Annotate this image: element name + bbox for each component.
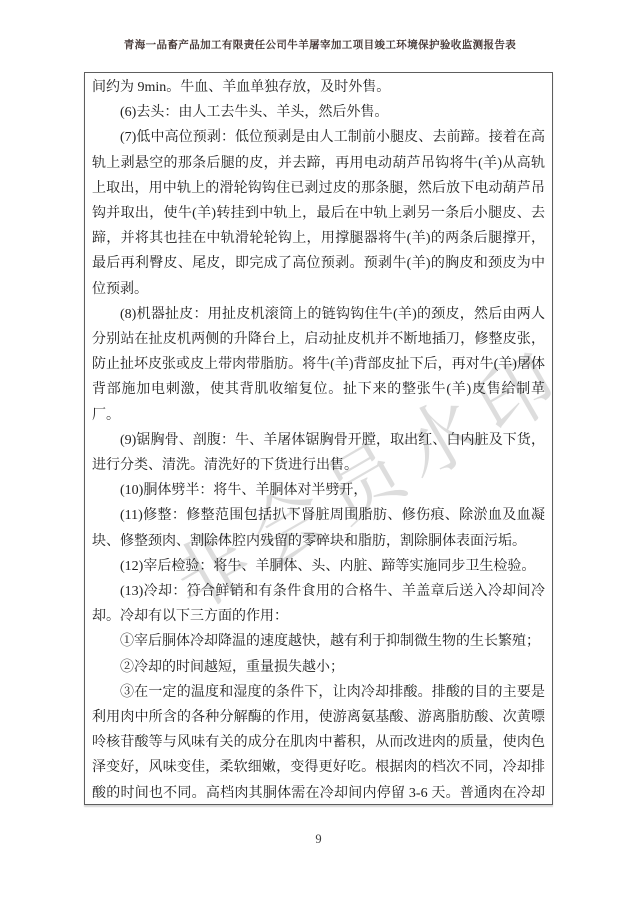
paragraph: (9)锯胸骨、剖腹：牛、羊屠体锯胸骨开膛，取出红、白内脏及下货，进行分类、清洗。… (92, 428, 545, 478)
document-page: { "page": { "header_title": "青海一品畜产品加工有限… (0, 0, 640, 905)
paragraph: (6)去头：由人工去牛头、羊头，然后外售。 (92, 100, 545, 125)
paragraph: ③在一定的温度和湿度的条件下，让肉冷却排酸。排酸的目的主要是利用肉中所含的各种分… (92, 680, 545, 805)
paragraph: (13)冷却：符合鲜销和有条件食用的合格牛、羊盖章后送入冷却间冷却。冷却有以下三… (92, 579, 545, 629)
document-content-box: 间约为 9min。牛血、羊血单独存放，及时外售。(6)去头：由人工去牛头、羊头，… (84, 72, 553, 805)
paragraph: (12)宰后检验：将牛、羊胴体、头、内脏、蹄等实施同步卫生检验。 (92, 554, 545, 579)
page-number: 9 (84, 832, 553, 847)
paragraph: (8)机器扯皮：用扯皮机滚筒上的链钩钩住牛(羊)的颈皮，然后由两人分别站在扯皮机… (92, 302, 545, 428)
paragraph: 间约为 9min。牛血、羊血单独存放，及时外售。 (92, 75, 545, 100)
paragraph: ①宰后胴体冷却降温的速度越快，越有利于抑制微生物的生长繁殖； (92, 629, 545, 654)
paragraph: (10)胴体劈半：将牛、羊胴体对半劈开， (92, 478, 545, 503)
paragraph: ②冷却的时间越短，重量损失越小； (92, 655, 545, 680)
report-header-title: 青海一品畜产品加工有限责任公司牛羊屠宰加工项目竣工环境保护验收监测报告表 (60, 37, 580, 52)
paragraph: (11)修整：修整范围包括扒下肾脏周围脂肪、修伤痕、除淤血及血凝块、修整颈肉、割… (92, 503, 545, 553)
paragraph: (7)低中高位预剥：低位预剥是由人工制前小腿皮、去前蹄。接着在高轨上剥悬空的那条… (92, 125, 545, 301)
